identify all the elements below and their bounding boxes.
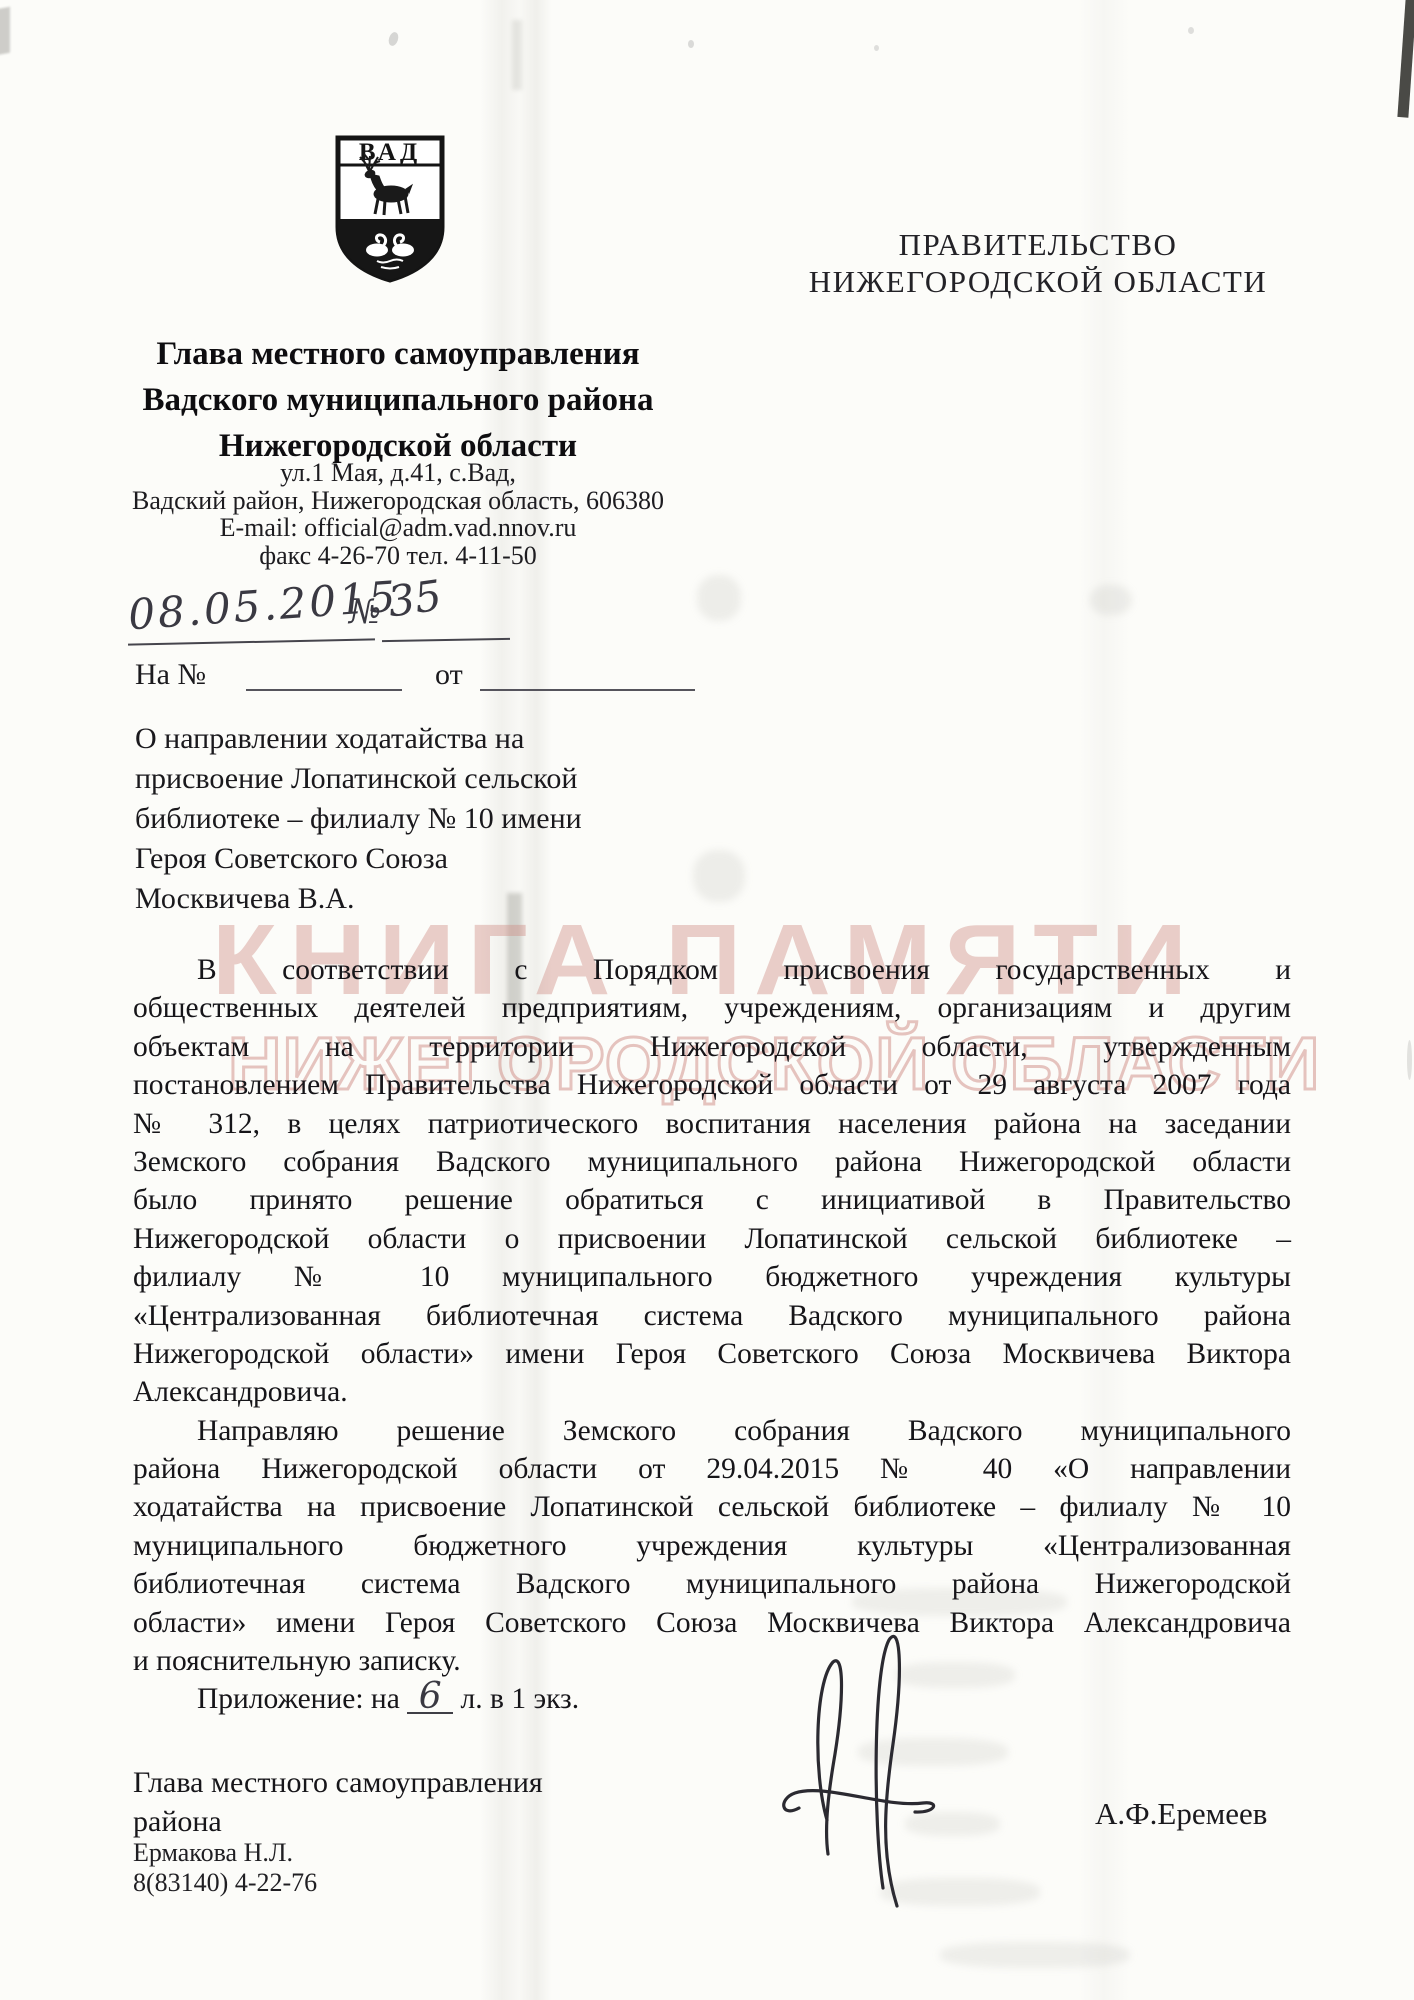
government-header-line1: ПРАВИТЕЛЬСТВО bbox=[808, 226, 1268, 263]
body-line: общественных деятелей предприятиям, учре… bbox=[133, 989, 1291, 1027]
handwritten-sheet-count: 6 bbox=[407, 1682, 453, 1714]
body-line: объектам на территории Нижегородской обл… bbox=[133, 1028, 1291, 1066]
body-line: филиалу № 10 муниципального бюджетного у… bbox=[133, 1258, 1291, 1296]
body-line: было принято решение обратиться с инициа… bbox=[133, 1181, 1291, 1219]
letterhead-title-line: Глава местного самоуправления bbox=[116, 331, 680, 377]
signatory-position-line: Глава местного самоуправления bbox=[133, 1763, 543, 1802]
signatory-position: Глава местного самоуправлениярайона bbox=[133, 1763, 543, 1841]
paragraph-1: В соответствии с Порядком присвоения гос… bbox=[133, 951, 1291, 1412]
handwritten-signature bbox=[765, 1612, 945, 1912]
executor-info-line: 8(83140) 4-22-76 bbox=[133, 1868, 317, 1898]
government-header-line2: НИЖЕГОРОДСКОЙ ОБЛАСТИ bbox=[808, 263, 1268, 300]
reply-number-label: На № bbox=[135, 658, 206, 692]
body-line: постановлением Правительства Нижегородск… bbox=[133, 1066, 1291, 1104]
dust-speck bbox=[874, 45, 879, 51]
subject-line: О направлении ходатайства на bbox=[135, 719, 705, 759]
letterhead-address: ул.1 Мая, д.41, с.Вад,Вадский район, Ниж… bbox=[116, 459, 680, 569]
scan-smudge bbox=[1090, 585, 1132, 615]
dust-speck bbox=[688, 40, 694, 48]
letterhead-address-line: факс 4-26-70 тел. 4-11-50 bbox=[116, 542, 680, 570]
bleedthrough-ghost bbox=[940, 1942, 1130, 1968]
body-line: В соответствии с Порядком присвоения гос… bbox=[133, 951, 1291, 989]
signatory-name: А.Ф.Еремеев bbox=[1095, 1796, 1267, 1832]
dust-speck bbox=[1407, 1040, 1412, 1080]
attachment-line: Приложение: на 6 л. в 1 экз. bbox=[133, 1680, 1291, 1718]
body-line: области» имени Героя Советского Союза Мо… bbox=[133, 1604, 1291, 1642]
subject-line: Москвичева В.А. bbox=[135, 879, 705, 919]
body-line: муниципального бюджетного учреждения кул… bbox=[133, 1527, 1291, 1565]
reply-date-blank bbox=[480, 689, 695, 691]
scan-edge-mark bbox=[1397, 0, 1414, 118]
body-line: Земского собрания Вадского муниципальног… bbox=[133, 1143, 1291, 1181]
executor-info-line: Ермакова Н.Л. bbox=[133, 1838, 317, 1868]
signatory-position-line: района bbox=[133, 1802, 543, 1841]
letterhead-title: Глава местного самоуправленияВадского му… bbox=[116, 331, 680, 469]
date-underline bbox=[128, 638, 375, 645]
government-header: ПРАВИТЕЛЬСТВО НИЖЕГОРОДСКОЙ ОБЛАСТИ bbox=[808, 226, 1268, 300]
reply-from-label: от bbox=[435, 658, 463, 692]
shield-base bbox=[338, 219, 442, 280]
letterhead-title-line: Вадского муниципального района bbox=[116, 377, 680, 423]
subject-line: Героя Советского Союза bbox=[135, 839, 705, 879]
number-underline bbox=[382, 638, 510, 642]
body-line: и пояснительную записку. bbox=[133, 1642, 1291, 1680]
dust-speck bbox=[1188, 27, 1194, 34]
body-line: Нижегородской области о присвоении Лопат… bbox=[133, 1220, 1291, 1258]
scan-edge-mark bbox=[0, 7, 10, 55]
attachment-suffix: л. в 1 экз. bbox=[461, 1683, 580, 1715]
scan-smudge bbox=[697, 575, 741, 621]
scan-streak bbox=[512, 20, 522, 90]
emblem-text: ВАД bbox=[359, 139, 421, 166]
body-line: Александровича. bbox=[133, 1373, 1291, 1411]
attachment-prefix: Приложение: на bbox=[197, 1683, 400, 1715]
body-line: Направляю решение Земского собрания Вадс… bbox=[133, 1412, 1291, 1450]
scanned-letter-page: ВАД ПРАВИТЕЛЬСТВО НИЖЕГОРОДСКОЙ bbox=[0, 0, 1414, 2000]
letter-body: В соответствии с Порядком присвоения гос… bbox=[133, 951, 1291, 1719]
subject-line: библиотеке – филиалу № 10 имени bbox=[135, 799, 705, 839]
body-line: библиотечная система Вадского муниципаль… bbox=[133, 1565, 1291, 1603]
letterhead-address-line: E-mail: official@adm.vad.nnov.ru bbox=[116, 514, 680, 542]
body-line: № 312, в целях патриотического воспитани… bbox=[133, 1105, 1291, 1143]
subject-line: присвоение Лопатинской сельской bbox=[135, 759, 705, 799]
executor-info: Ермакова Н.Л.8(83140) 4-22-76 bbox=[133, 1838, 317, 1898]
letterhead-address-line: Вадский район, Нижегородская область, 60… bbox=[116, 487, 680, 515]
body-line: Нижегородской области» имени Героя Совет… bbox=[133, 1335, 1291, 1373]
body-line: ходатайства на присвоение Лопатинской се… bbox=[133, 1488, 1291, 1526]
letter-subject: О направлении ходатайства наприсвоение Л… bbox=[135, 719, 705, 919]
handwritten-outgoing-number: 35 bbox=[385, 571, 445, 627]
number-sign: № bbox=[349, 592, 381, 632]
letterhead-address-line: ул.1 Мая, д.41, с.Вад, bbox=[116, 459, 680, 487]
body-line: района Нижегородской области от 29.04.20… bbox=[133, 1450, 1291, 1488]
vad-coat-of-arms: ВАД bbox=[333, 133, 447, 285]
reply-number-blank bbox=[246, 689, 402, 691]
paragraph-2: Направляю решение Земского собрания Вадс… bbox=[133, 1412, 1291, 1681]
body-line: «Централизованная библиотечная система В… bbox=[133, 1297, 1291, 1335]
dust-speck bbox=[387, 31, 400, 47]
